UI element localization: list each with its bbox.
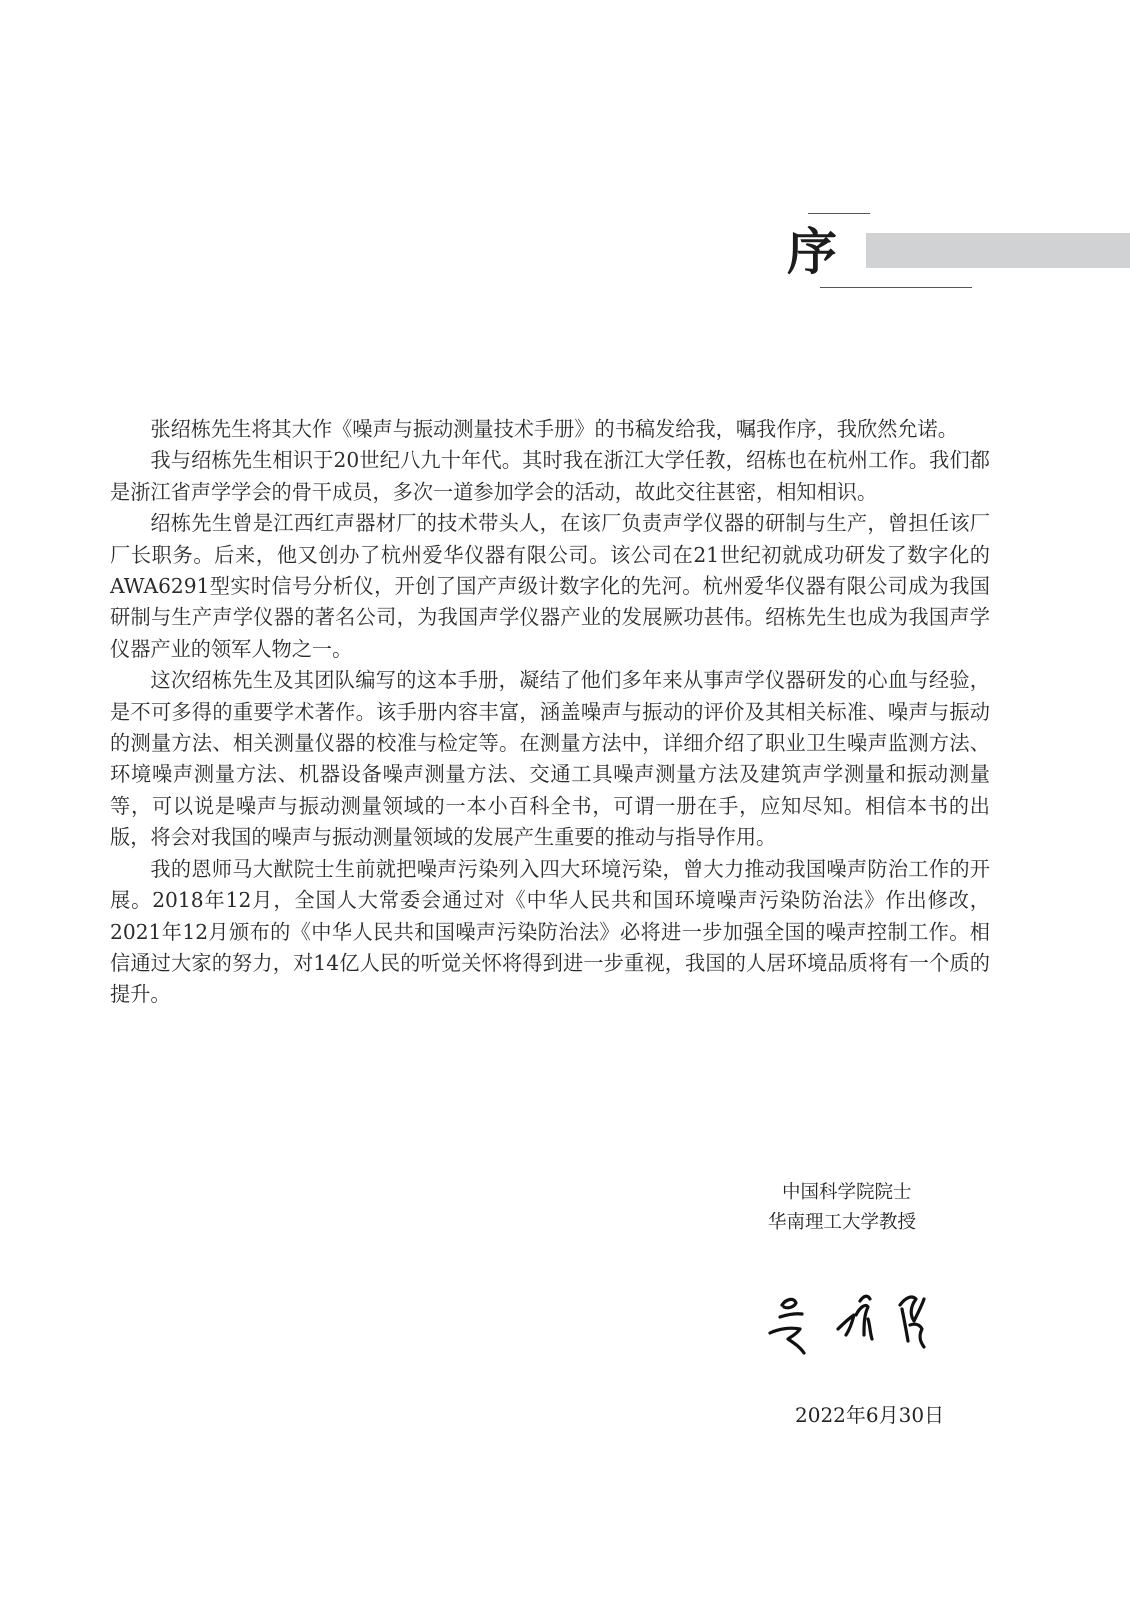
header-top-rule: [808, 213, 870, 214]
page-title: 序: [787, 222, 837, 282]
paragraph: 我与绍栋先生相识于20世纪八九十年代。其时我在浙江大学任教，绍栋也在杭州工作。我…: [110, 445, 990, 508]
paragraph: 这次绍栋先生及其团队编写的这本手册，凝结了他们多年来从事声学仪器研发的心血与经验…: [110, 665, 990, 853]
header-gray-bar: [866, 233, 1130, 268]
author-title-academician: 中国科学院院士: [782, 1178, 912, 1208]
paragraph: 张绍栋先生将其大作《噪声与振动测量技术手册》的书稿发给我，嘱我作序，我欣然允诺。: [110, 414, 990, 445]
paragraph: 我的恩师马大猷院士生前就把噪声污染列入四大环境污染，曾大力推动我国噪声防治工作的…: [110, 854, 990, 1011]
header-bottom-rule: [820, 287, 972, 288]
date: 2022年6月30日: [795, 1400, 944, 1430]
preface-body: 张绍栋先生将其大作《噪声与振动测量技术手册》的书稿发给我，嘱我作序，我欣然允诺。…: [110, 414, 990, 1011]
handwritten-signature-icon: [760, 1285, 960, 1365]
author-title-professor: 华南理工大学教授: [768, 1208, 916, 1238]
paragraph: 绍栋先生曾是江西红声器材厂的技术带头人，在该厂负责声学仪器的研制与生产，曾担任该…: [110, 508, 990, 665]
